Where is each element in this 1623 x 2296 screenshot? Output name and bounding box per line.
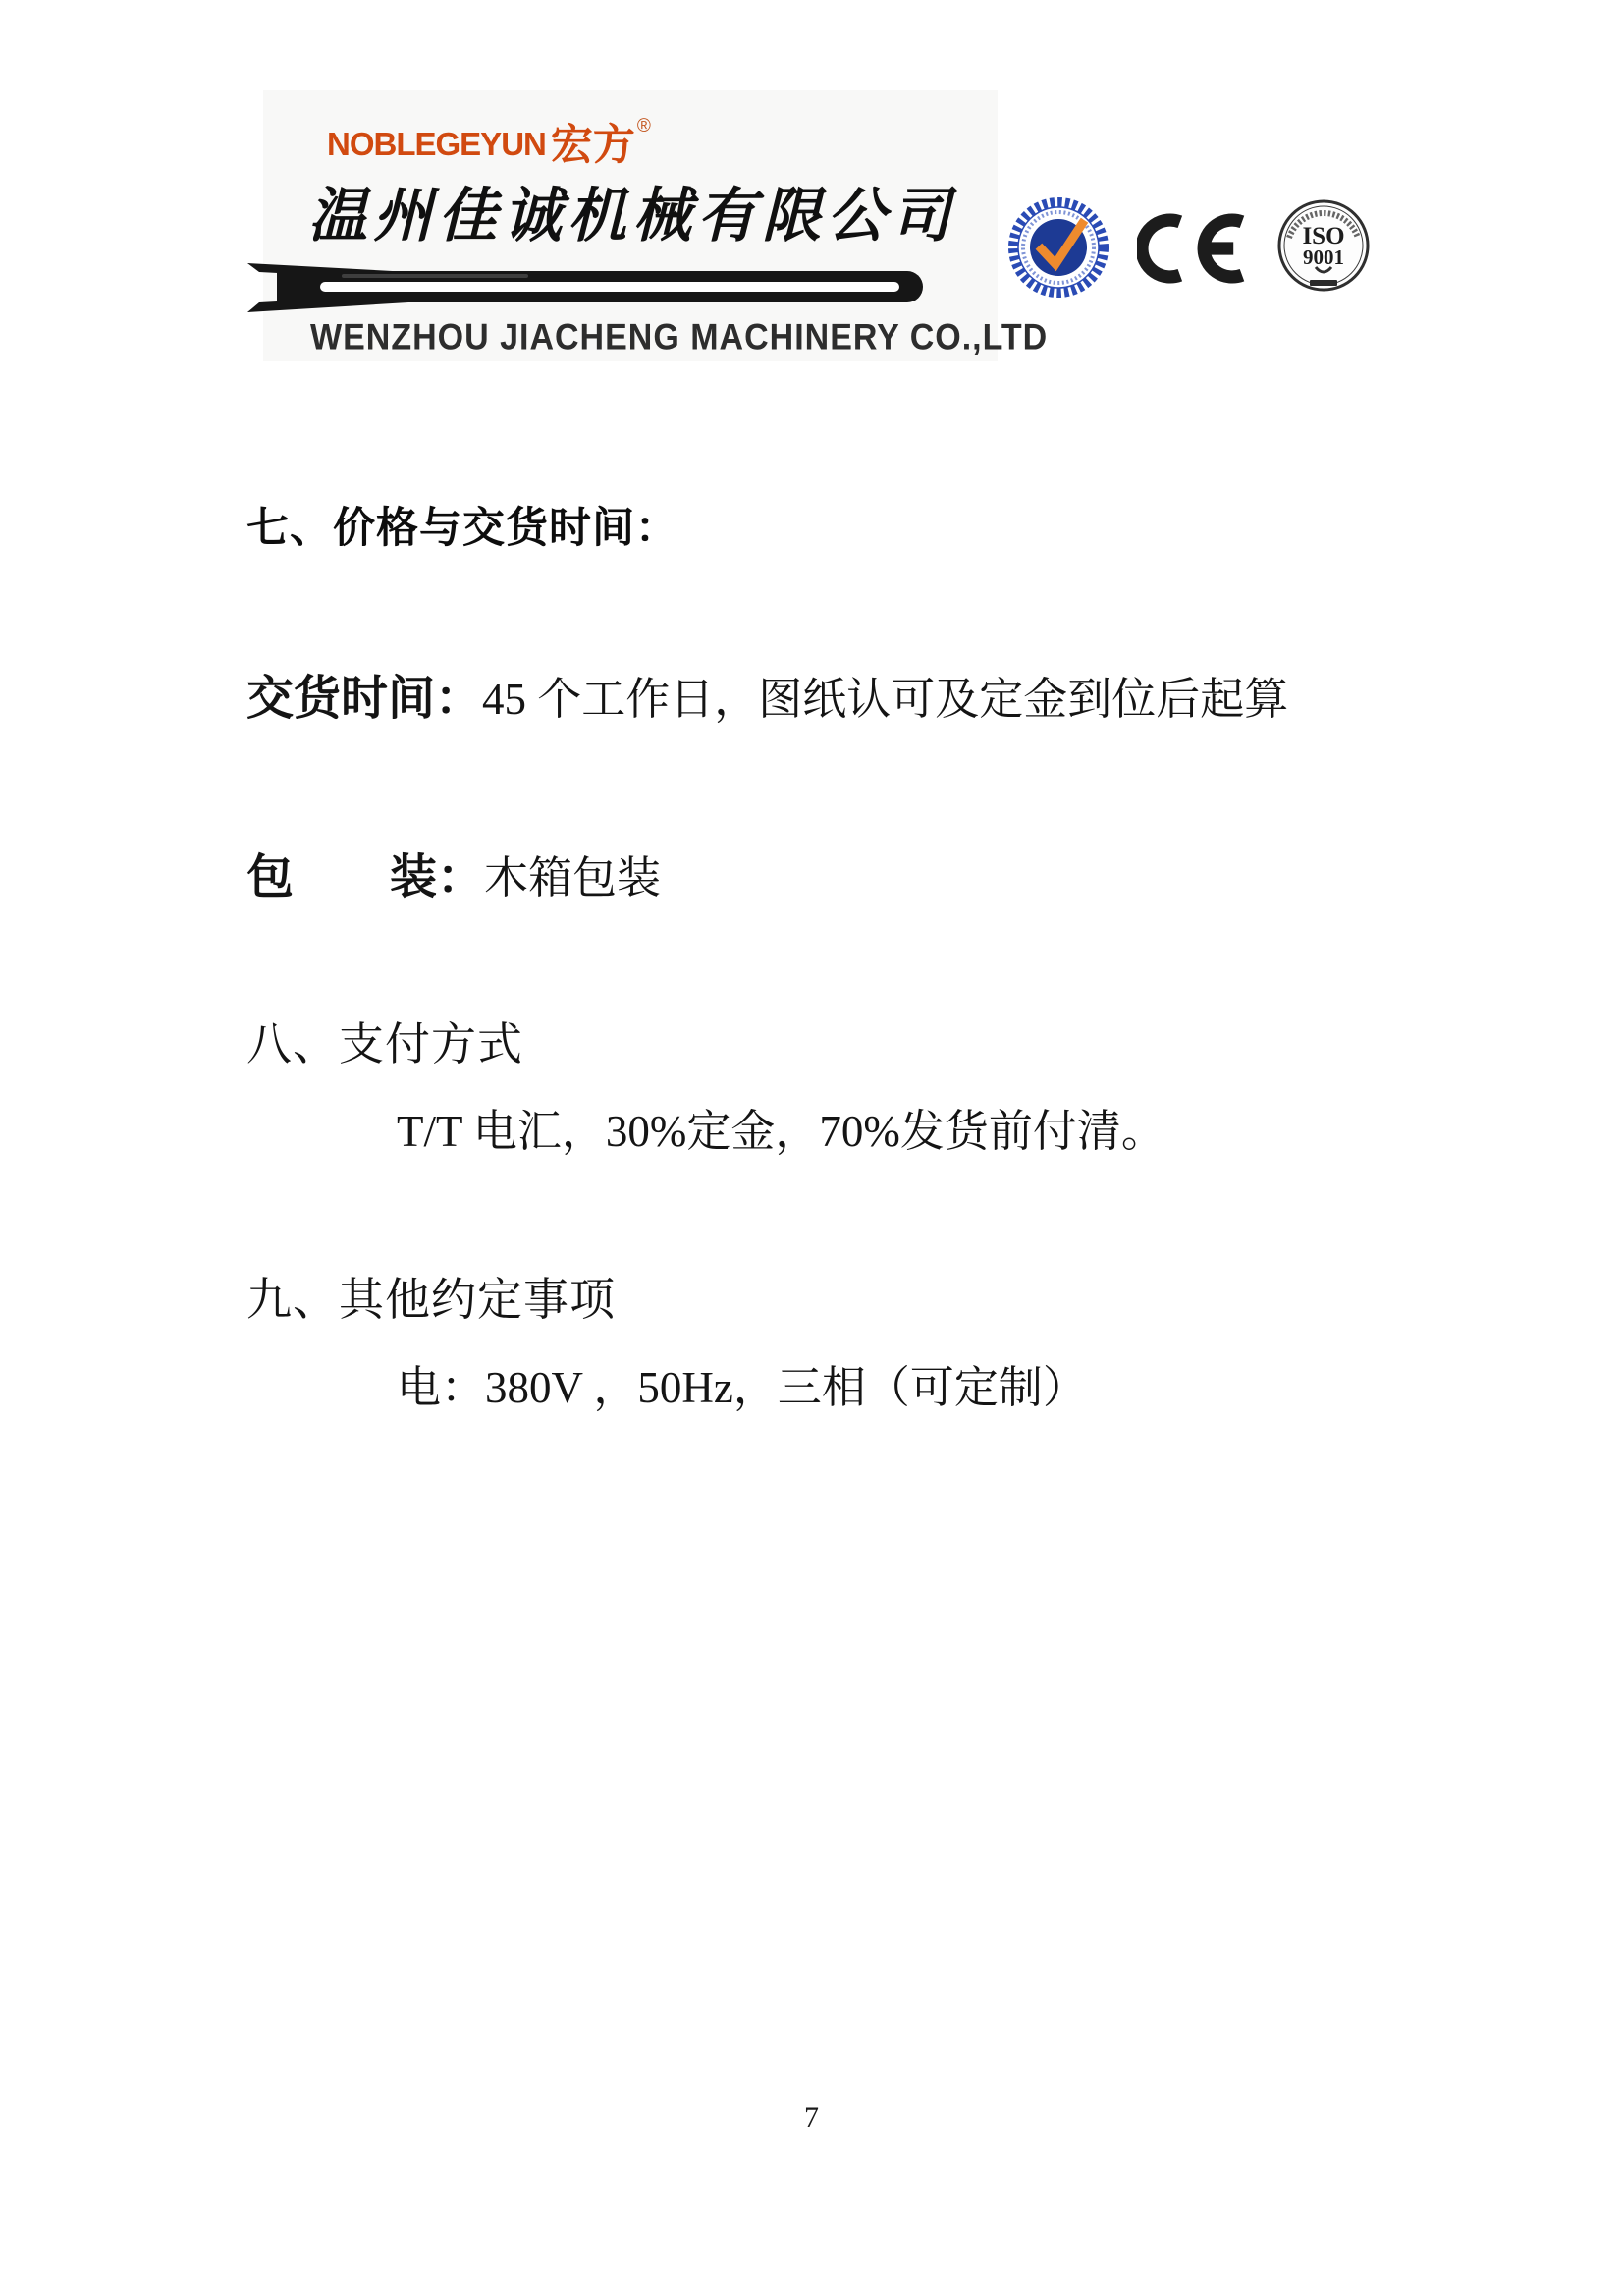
page-number: 7 bbox=[804, 2102, 819, 2134]
iso-badge-text-line2: 9001 bbox=[1303, 246, 1344, 269]
needle-logo-graphic bbox=[243, 257, 948, 316]
brand-name-cn: 宏方 bbox=[551, 122, 635, 169]
delivery-text: 45 个工作日，图纸认可及定金到位后起算 bbox=[482, 675, 1288, 724]
packing-label-b: 装 bbox=[390, 851, 437, 903]
section-9-title: 九、其他约定事项 bbox=[246, 1275, 616, 1327]
ce-mark-icon bbox=[1137, 209, 1249, 288]
packing-text: 木箱包装 bbox=[484, 853, 661, 902]
packing-separator: ： bbox=[437, 851, 484, 903]
section-8-title: 八、支付方式 bbox=[246, 1019, 523, 1071]
packing-label-a: 包 bbox=[246, 851, 294, 903]
delivery-time-line: 交货时间：45 个工作日，图纸认可及定金到位后起算 bbox=[246, 672, 1288, 726]
section-7-title: 七、价格与交货时间： bbox=[246, 505, 678, 553]
brand-name-en: NOBLEGEYUN bbox=[327, 126, 546, 162]
company-name-calligraphy: 温州佳诚机械有限公司 bbox=[308, 183, 956, 250]
delivery-label: 交货时间 bbox=[246, 673, 435, 725]
section-9-body: 电：380V ，50Hz，三相（可定制） bbox=[397, 1363, 1087, 1414]
quality-check-badge-icon bbox=[1005, 194, 1111, 301]
registered-trademark-icon: ® bbox=[637, 116, 651, 137]
section-8-body: T/T 电汇，30%定金，70%发货前付清。 bbox=[397, 1107, 1165, 1158]
packing-line: 包装：木箱包装 bbox=[246, 850, 661, 904]
delivery-separator: ： bbox=[435, 673, 482, 725]
needle-icon bbox=[243, 257, 948, 316]
page-footer: 7 bbox=[0, 2102, 1623, 2136]
brand-line: NOBLEGEYUN宏方® bbox=[327, 116, 651, 170]
document-page: NOBLEGEYUN宏方® 温州佳诚机械有限公司 WENZHOU JIACHEN… bbox=[0, 0, 1623, 2296]
company-name-english: WENZHOU JIACHENG MACHINERY CO.,LTD bbox=[310, 317, 1048, 358]
iso-9001-badge-icon: ISO 9001 bbox=[1274, 196, 1373, 295]
